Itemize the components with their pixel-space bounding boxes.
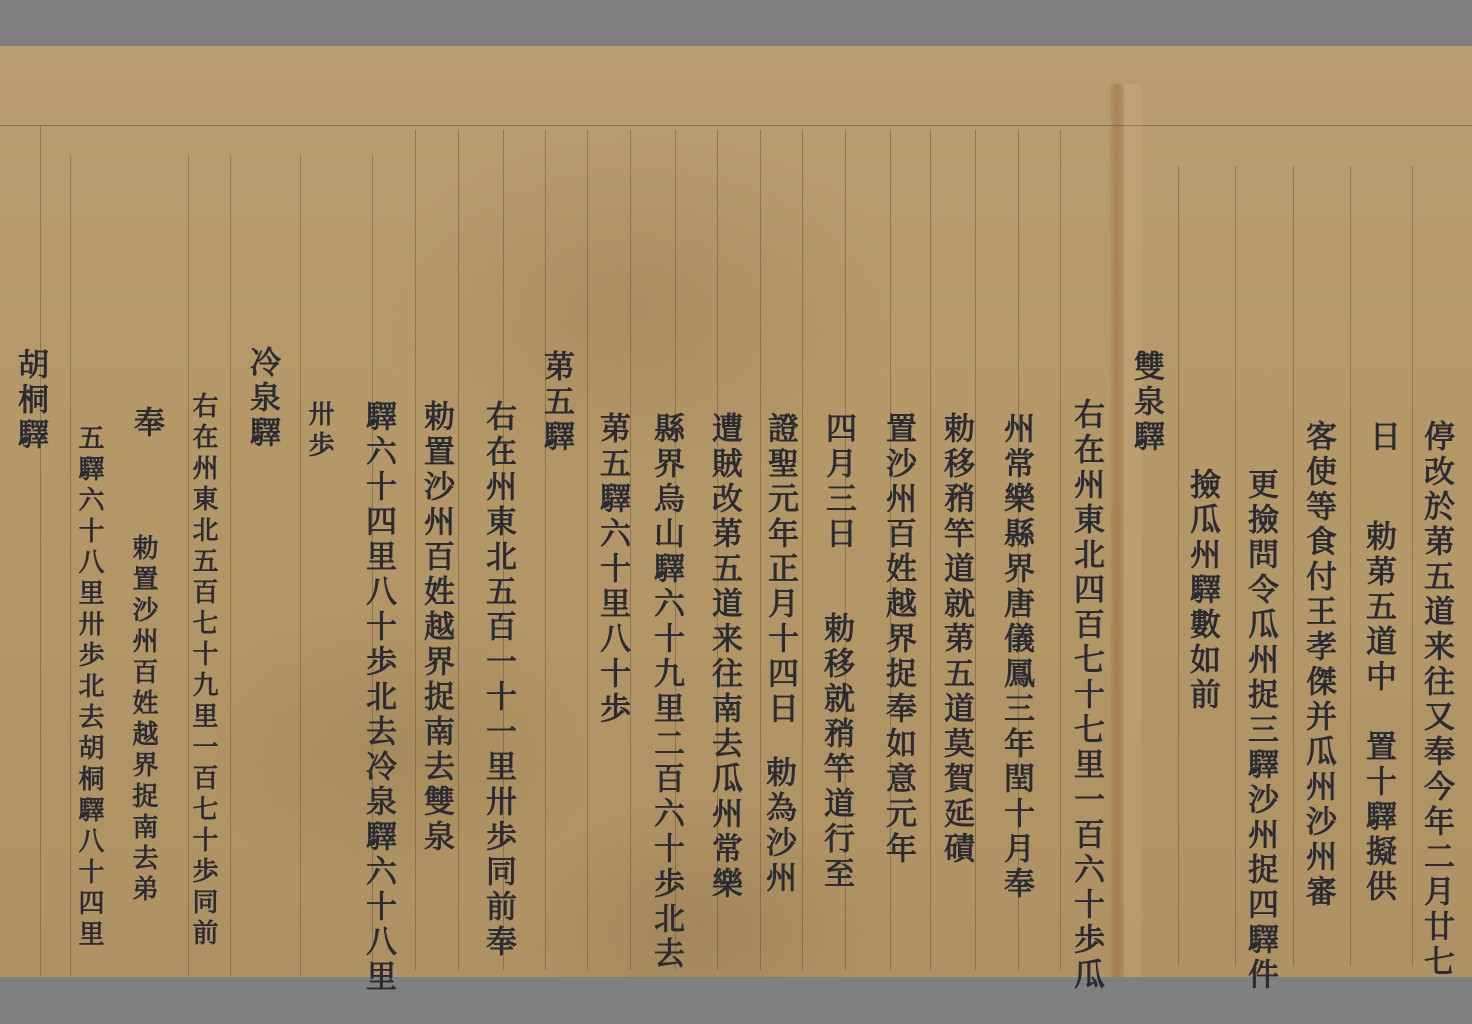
text-column: 五驛六十八里卅歩北去胡桐驛八十四里: [76, 424, 102, 951]
column-ruling: [802, 130, 803, 970]
heading-lengquan-station: 冷泉驛: [246, 346, 277, 451]
heading-shuangquan-station: 雙泉驛: [1130, 350, 1161, 455]
text-column: 勅為沙州: [762, 756, 793, 896]
text-column: 日: [1366, 420, 1397, 455]
column-ruling: [1350, 166, 1351, 966]
column-ruling: [458, 130, 459, 970]
column-ruling: [1060, 130, 1061, 970]
text-column: 證聖元年正月十四日: [764, 412, 795, 727]
column-ruling: [70, 156, 71, 976]
text-column: 勅苐五道中𢙢置十驛擬供: [1362, 520, 1393, 905]
column-ruling: [587, 130, 588, 970]
text-column: 奉: [130, 406, 161, 441]
column-ruling: [930, 130, 931, 970]
text-column: 勅移就矟竿道行至: [820, 612, 851, 892]
text-column: 驛六十四里八十歩北去冷泉驛六十八里: [362, 400, 393, 995]
text-column: 右在州東北五百七十九里一百七十歩同前: [190, 392, 216, 950]
column-ruling: [415, 130, 416, 970]
column-ruling: [630, 130, 631, 970]
text-column: 右在州東北五百一十一里卅歩同前奉: [482, 400, 513, 960]
text-column: 置沙州百姓越界捉奉如意元年: [882, 412, 913, 867]
column-ruling: [975, 130, 976, 970]
column-ruling: [1235, 166, 1236, 966]
heading-fifth-station: 苐五驛: [540, 350, 571, 455]
text-column: 苐五驛六十里八十歩: [596, 412, 627, 727]
column-ruling: [40, 126, 41, 976]
paper-joint-seam: [1110, 84, 1124, 977]
paper-joint-highlight: [1124, 84, 1142, 977]
column-ruling: [300, 156, 301, 976]
text-column: 勅置沙州百姓越界捉南去弟: [130, 534, 156, 906]
manuscript-paper: 停改於苐五道来往又奉今年二月廿七 日 勅苐五道中𢙢置十驛擬供 客使等食付王孝傑并…: [0, 46, 1472, 977]
text-column: 右在州東北四百七十七里一百六十歩瓜: [1070, 398, 1101, 993]
column-ruling: [230, 156, 231, 976]
text-column: 撿瓜州驛數如前: [1186, 468, 1217, 713]
text-column: 四月三日: [822, 412, 853, 552]
text-column: 州常樂縣界唐儀鳳三年閏十月奉: [1000, 412, 1031, 902]
text-column: 勅移矟竿道就苐五道莫賀延磧: [940, 412, 971, 867]
column-ruling: [1293, 166, 1294, 966]
text-column: 停改於苐五道来往又奉今年二月廿七: [1420, 420, 1451, 980]
text-column: 遭賊改苐五道来往南去瓜州常樂: [708, 412, 739, 902]
heading-hutong-station: 胡桐驛: [14, 348, 45, 453]
column-ruling: [545, 130, 546, 970]
text-column: 勅置沙州百姓越界捉南去雙泉: [420, 400, 451, 855]
text-column: 更撿問令瓜州捉三驛沙州捉四驛件: [1244, 468, 1275, 993]
horizontal-ruling: [0, 125, 1472, 126]
text-column: 客使等食付王孝傑并瓜州沙州審: [1302, 420, 1333, 910]
column-ruling: [1412, 166, 1413, 966]
text-column: 卅歩: [306, 400, 332, 462]
column-ruling: [1178, 166, 1179, 966]
text-column: 縣界烏山驛六十九里二百六十歩北去: [650, 412, 681, 972]
